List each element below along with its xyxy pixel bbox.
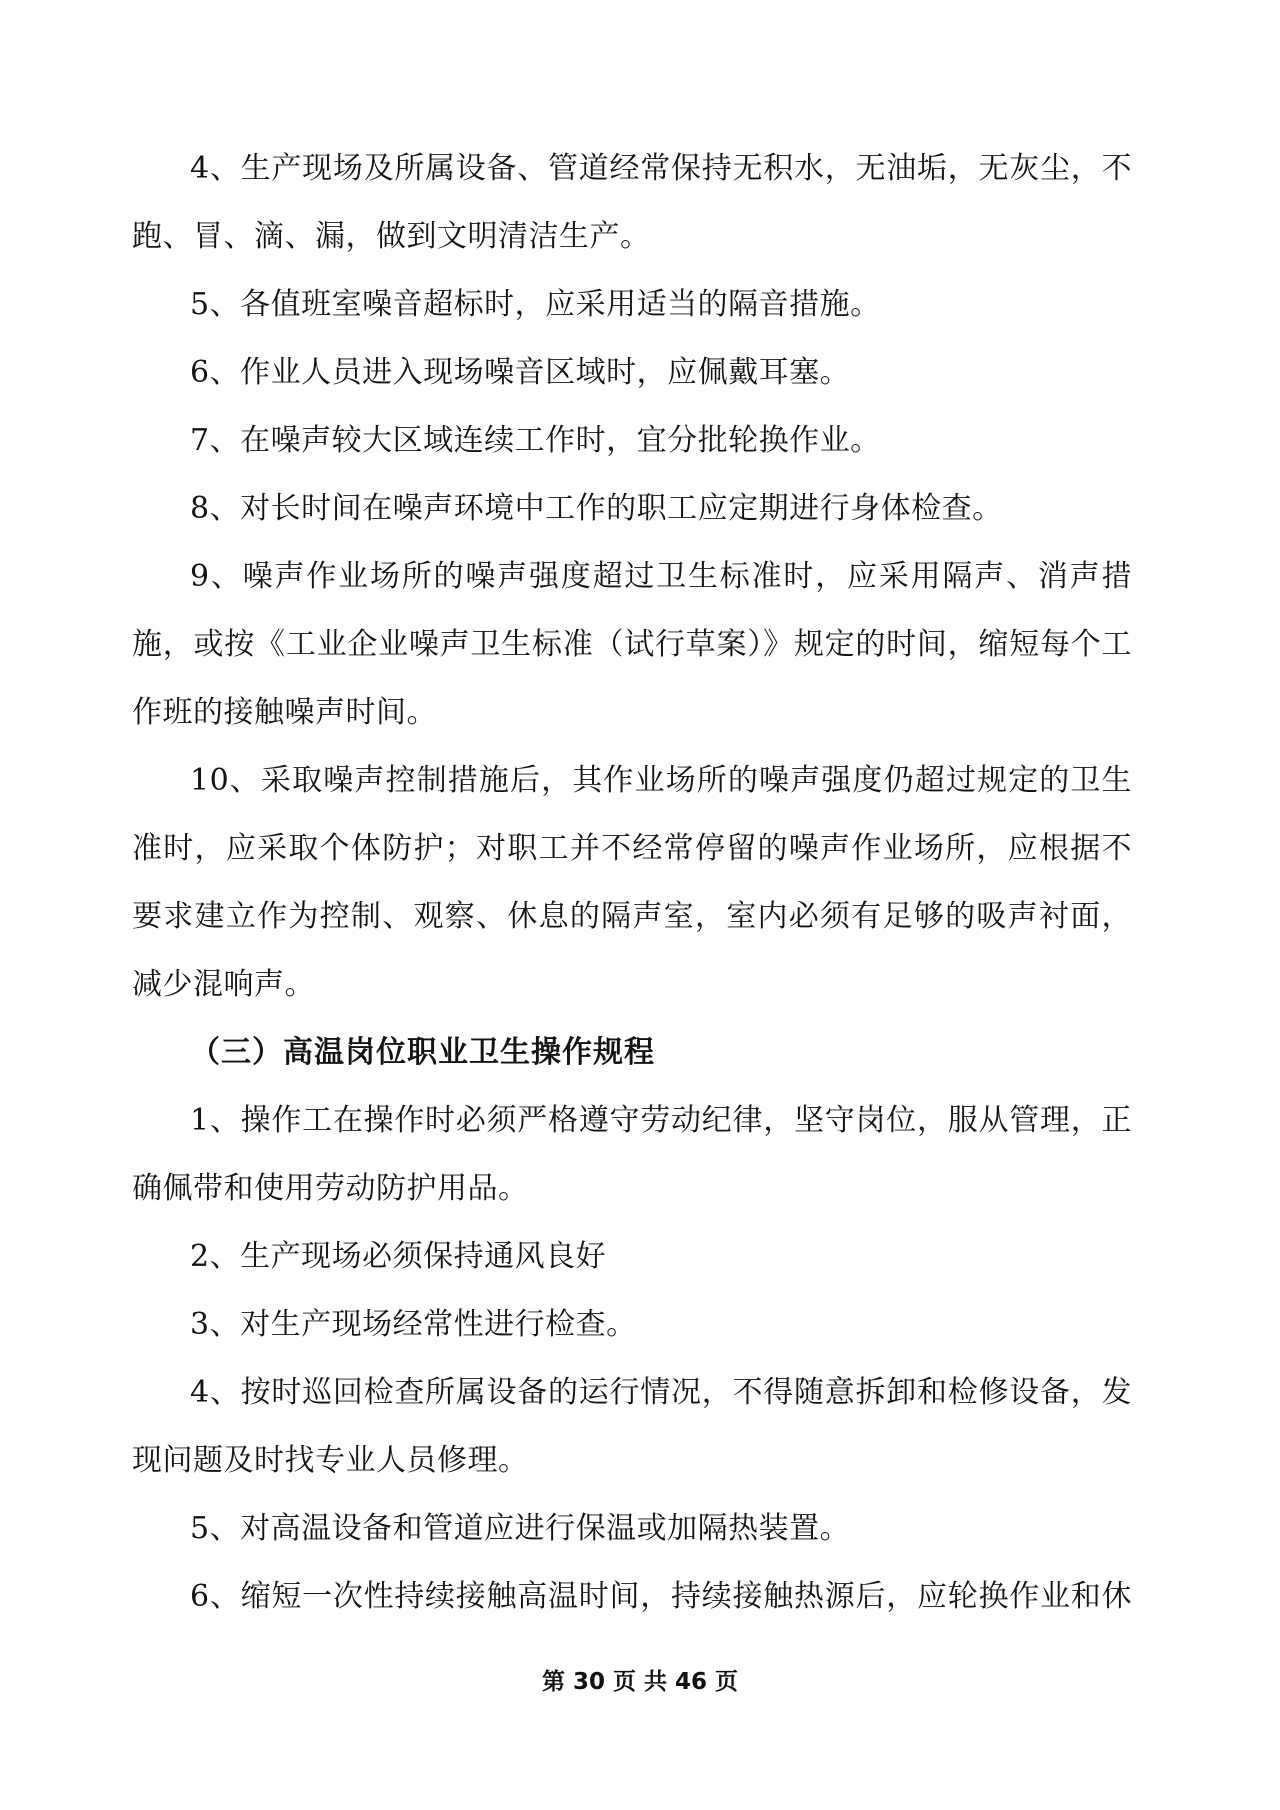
text-line: 跑、冒、滴、漏，做到文明清洁生产。 — [132, 203, 1132, 271]
text-line: 7、在噪声较大区域连续工作时，宜分批轮换作业。 — [132, 407, 1132, 475]
page-number-text: 第 30 页 共 46 页 — [542, 1669, 738, 1695]
text-line: 2、生产现场必须保持通风良好 — [132, 1223, 1132, 1291]
text-line: 减少混响声。 — [132, 951, 1132, 1019]
text-line: 5、对高温设备和管道应进行保温或加隔热装置。 — [132, 1495, 1132, 1563]
text-line: 10、采取噪声控制措施后，其作业场所的噪声强度仍超过规定的卫生标 — [132, 747, 1132, 815]
text-line: 施，或按《工业企业噪声卫生标准（试行草案）》规定的时间，缩短每个工 — [132, 611, 1132, 679]
text-line: 3、对生产现场经常性进行检查。 — [132, 1291, 1132, 1359]
text-line: 9、噪声作业场所的噪声强度超过卫生标准时，应采用隔声、消声措 — [132, 543, 1132, 611]
text-line: 4、按时巡回检查所属设备的运行情况，不得随意拆卸和检修设备，发 — [132, 1359, 1132, 1427]
text-line: 5、各值班室噪音超标时，应采用适当的隔音措施。 — [132, 271, 1132, 339]
text-line: 6、作业人员进入现场噪音区域时，应佩戴耳塞。 — [132, 339, 1132, 407]
document-body: 4、生产现场及所属设备、管道经常保持无积水，无油垢，无灰尘，不跑、冒、滴、漏，做… — [132, 135, 1132, 1631]
page-footer: 第 30 页 共 46 页 — [0, 1662, 1280, 1702]
text-line: 要求建立作为控制、观察、休息的隔声室，室内必须有足够的吸声衬面，以 — [132, 883, 1132, 951]
text-line: 确佩带和使用劳动防护用品。 — [132, 1155, 1132, 1223]
text-line: 4、生产现场及所属设备、管道经常保持无积水，无油垢，无灰尘，不 — [132, 135, 1132, 203]
section-heading: （三）高温岗位职业卫生操作规程 — [132, 1019, 1132, 1087]
document-page: 4、生产现场及所属设备、管道经常保持无积水，无油垢，无灰尘，不跑、冒、滴、漏，做… — [0, 0, 1280, 1810]
text-line: 1、操作工在操作时必须严格遵守劳动纪律，坚守岗位，服从管理，正 — [132, 1087, 1132, 1155]
text-line: 准时，应采取个体防护；对职工并不经常停留的噪声作业场所，应根据不同 — [132, 815, 1132, 883]
text-line: 8、对长时间在噪声环境中工作的职工应定期进行身体检查。 — [132, 475, 1132, 543]
text-line: 6、缩短一次性持续接触高温时间，持续接触热源后，应轮换作业和休 — [132, 1563, 1132, 1631]
text-line: 现问题及时找专业人员修理。 — [132, 1427, 1132, 1495]
text-line: 作班的接触噪声时间。 — [132, 679, 1132, 747]
